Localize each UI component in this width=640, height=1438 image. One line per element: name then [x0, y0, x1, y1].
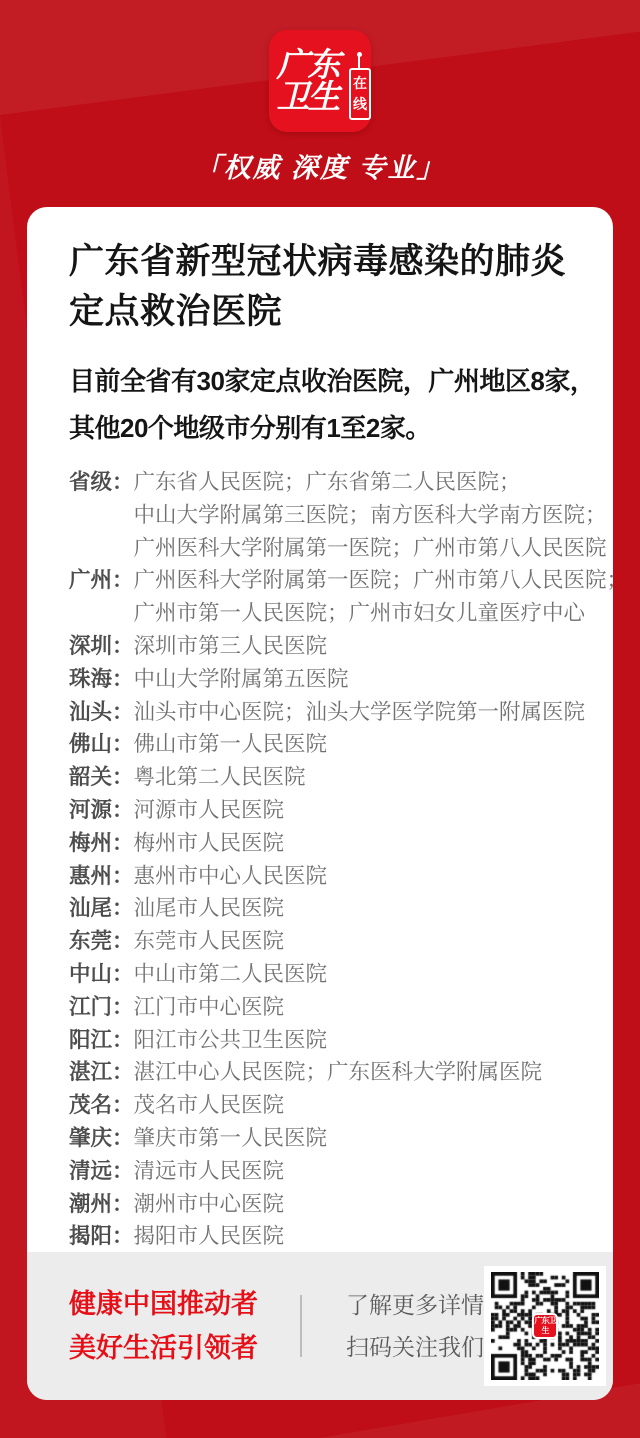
hospital-line: 东莞市人民医院	[134, 925, 587, 958]
footer-slogan: 健康中国推动者 美好生活引领者	[69, 1282, 258, 1370]
city-colon: ：	[112, 892, 134, 925]
hospital-names: 广东省人民医院；广东省第二人民医院；中山大学附属第三医院；南方医科大学南方医院；…	[134, 466, 607, 564]
list-row: 阳江：阳江市公共卫生医院	[69, 1024, 587, 1057]
city-colon: ：	[112, 1188, 134, 1221]
footer-info-line2: 扫码关注我们	[346, 1326, 484, 1368]
list-row: 梅州：梅州市人民医院	[69, 827, 587, 860]
badge-char: 线	[353, 94, 367, 115]
page-subtitle: 目前全省有30家定点收治医院，广州地区8家， 其他20个地级市分别有1至2家。	[69, 358, 587, 452]
list-row: 江门：江门市中心医院	[69, 991, 587, 1024]
list-row: 汕尾：汕尾市人民医院	[69, 892, 587, 925]
hospital-line: 广州医科大学附属第一医院；广州市第八人民医院；	[134, 564, 629, 597]
hospital-line: 惠州市中心人民医院	[134, 860, 587, 893]
hospital-line: 佛山市第一人民医院	[134, 728, 587, 761]
list-row: 东莞：东莞市人民医院	[69, 925, 587, 958]
hospital-names: 深圳市第三人民医院	[134, 630, 587, 663]
hospital-names: 江门市中心医院	[134, 991, 587, 1024]
hospital-line: 肇庆市第一人民医院	[134, 1122, 587, 1155]
brand-logo-badge: 在 线	[349, 68, 371, 120]
city-colon: ：	[112, 1056, 134, 1089]
list-row: 广州：广州医科大学附属第一医院；广州市第八人民医院；广州市第一人民医院；广州市妇…	[69, 564, 587, 630]
hospital-names: 梅州市人民医院	[134, 827, 587, 860]
city-label: 阳江	[69, 1024, 112, 1057]
hospital-names: 粤北第二人民医院	[134, 761, 587, 794]
badge-char: 在	[353, 73, 367, 94]
city-colon: ：	[112, 663, 134, 696]
city-colon: ：	[112, 466, 134, 499]
footer-info-line1: 了解更多详情	[346, 1284, 484, 1326]
hospital-names: 肇庆市第一人民医院	[134, 1122, 587, 1155]
city-label: 湛江	[69, 1056, 112, 1089]
hospital-line: 汕头市中心医院；汕头大学医学院第一附属医院	[134, 696, 587, 729]
city-colon: ：	[112, 1089, 134, 1122]
city-label: 江门	[69, 991, 112, 1024]
hospital-line: 深圳市第三人民医院	[134, 630, 587, 663]
city-colon: ：	[112, 630, 134, 663]
hospital-line: 广州市第一人民医院；广州市妇女儿童医疗中心	[134, 597, 629, 630]
hospital-line: 清远市人民医院	[134, 1155, 587, 1188]
city-colon: ：	[112, 925, 134, 958]
list-row: 汕头：汕头市中心医院；汕头大学医学院第一附属医院	[69, 696, 587, 729]
list-row: 惠州：惠州市中心人民医院	[69, 860, 587, 893]
list-row: 深圳：深圳市第三人民医院	[69, 630, 587, 663]
footer-info: 了解更多详情 扫码关注我们	[346, 1284, 484, 1368]
brand-logo-text: 广东 卫生	[269, 49, 346, 114]
city-label: 肇庆	[69, 1122, 112, 1155]
hospital-names: 揭阳市人民医院	[134, 1220, 587, 1253]
hospital-names: 潮州市中心医院	[134, 1188, 587, 1221]
list-row: 省级：广东省人民医院；广东省第二人民医院；中山大学附属第三医院；南方医科大学南方…	[69, 466, 587, 564]
list-row: 湛江：湛江中心人民医院；广东医科大学附属医院	[69, 1056, 587, 1089]
city-label: 韶关	[69, 761, 112, 794]
list-row: 河源：河源市人民医院	[69, 794, 587, 827]
city-label: 省级	[69, 466, 112, 499]
list-row: 茂名：茂名市人民医院	[69, 1089, 587, 1122]
list-row: 韶关：粤北第二人民医院	[69, 761, 587, 794]
hospital-line: 潮州市中心医院	[134, 1188, 587, 1221]
city-label: 佛山	[69, 728, 112, 761]
city-label: 河源	[69, 794, 112, 827]
city-colon: ：	[112, 991, 134, 1024]
city-colon: ：	[112, 1024, 134, 1057]
city-colon: ：	[112, 794, 134, 827]
hospital-line: 揭阳市人民医院	[134, 1220, 587, 1253]
antenna-icon	[358, 56, 360, 68]
hospital-names: 广州医科大学附属第一医院；广州市第八人民医院；广州市第一人民医院；广州市妇女儿童…	[134, 564, 629, 630]
city-label: 揭阳	[69, 1220, 112, 1253]
city-label: 梅州	[69, 827, 112, 860]
city-colon: ：	[112, 827, 134, 860]
city-colon: ：	[112, 564, 134, 597]
hospital-line: 中山大学附属第五医院	[134, 663, 587, 696]
footer-divider	[300, 1295, 302, 1357]
list-row: 佛山：佛山市第一人民医院	[69, 728, 587, 761]
hospital-line: 汕尾市人民医院	[134, 892, 587, 925]
hospital-names: 汕头市中心医院；汕头大学医学院第一附属医院	[134, 696, 587, 729]
list-row: 珠海：中山大学附属第五医院	[69, 663, 587, 696]
hospital-names: 湛江中心人民医院；广东医科大学附属医院	[134, 1056, 587, 1089]
city-colon: ：	[112, 860, 134, 893]
hospital-line: 湛江中心人民医院；广东医科大学附属医院	[134, 1056, 587, 1089]
brand-tagline: 「权威 深度 专业」	[0, 146, 640, 185]
hospital-line: 中山市第二人民医院	[134, 958, 587, 991]
hospital-names: 东莞市人民医院	[134, 925, 587, 958]
card-content: 广东省新型冠状病毒感染的肺炎 定点救治医院 目前全省有30家定点收治医院，广州地…	[27, 207, 613, 1286]
hospital-names: 中山大学附属第五医院	[134, 663, 587, 696]
footer-slogan-line1: 健康中国推动者	[69, 1282, 258, 1326]
city-colon: ：	[112, 761, 134, 794]
hospital-names: 茂名市人民医院	[134, 1089, 587, 1122]
city-label: 中山	[69, 958, 112, 991]
hospital-names: 中山市第二人民医院	[134, 958, 587, 991]
brand-logo: 广东 卫生 在 线	[269, 30, 371, 132]
hospital-line: 广州医科大学附属第一医院；广州市第八人民医院	[134, 532, 607, 565]
hospital-names: 清远市人民医院	[134, 1155, 587, 1188]
hospital-line: 河源市人民医院	[134, 794, 587, 827]
city-label: 广州	[69, 564, 112, 597]
list-row: 潮州：潮州市中心医院	[69, 1188, 587, 1221]
list-row: 肇庆：肇庆市第一人民医院	[69, 1122, 587, 1155]
city-label: 深圳	[69, 630, 112, 663]
city-colon: ：	[112, 1155, 134, 1188]
hospital-line: 阳江市公共卫生医院	[134, 1024, 587, 1057]
city-label: 东莞	[69, 925, 112, 958]
page-title: 广东省新型冠状病毒感染的肺炎 定点救治医院	[69, 237, 587, 337]
hospital-names: 汕尾市人民医院	[134, 892, 587, 925]
city-colon: ：	[112, 728, 134, 761]
city-colon: ：	[112, 696, 134, 729]
hospital-line: 梅州市人民医院	[134, 827, 587, 860]
brand-logo-text-bottom: 卫生	[277, 78, 339, 115]
hospital-line: 中山大学附属第三医院；南方医科大学南方医院；	[134, 499, 607, 532]
city-colon: ：	[112, 958, 134, 991]
city-label: 潮州	[69, 1188, 112, 1221]
hospital-line: 茂名市人民医院	[134, 1089, 587, 1122]
city-label: 珠海	[69, 663, 112, 696]
list-row: 揭阳：揭阳市人民医院	[69, 1220, 587, 1253]
qr-code: 广东卫生	[484, 1266, 606, 1386]
city-label: 清远	[69, 1155, 112, 1188]
city-label: 汕尾	[69, 892, 112, 925]
hospital-names: 河源市人民医院	[134, 794, 587, 827]
hospital-names: 惠州市中心人民医院	[134, 860, 587, 893]
list-row: 中山：中山市第二人民医院	[69, 958, 587, 991]
card-footer: 健康中国推动者 美好生活引领者 了解更多详情 扫码关注我们 广东卫生	[27, 1252, 613, 1400]
city-colon: ：	[112, 1220, 134, 1253]
city-label: 茂名	[69, 1089, 112, 1122]
hospital-names: 佛山市第一人民医院	[134, 728, 587, 761]
brand-logo-badge-wrap: 在 线	[349, 68, 371, 120]
city-label: 汕头	[69, 696, 112, 729]
hospital-line: 粤北第二人民医院	[134, 761, 587, 794]
qr-center-logo-icon: 广东卫生	[532, 1313, 558, 1339]
page-subtitle-line1: 目前全省有30家定点收治医院，广州地区8家，	[69, 358, 587, 405]
page-subtitle-line2: 其他20个地级市分别有1至2家。	[69, 405, 587, 452]
page-title-line1: 广东省新型冠状病毒感染的肺炎	[69, 237, 587, 287]
city-colon: ：	[112, 1122, 134, 1155]
content-card: 广东省新型冠状病毒感染的肺炎 定点救治医院 目前全省有30家定点收治医院，广州地…	[27, 207, 613, 1400]
hospital-line: 江门市中心医院	[134, 991, 587, 1024]
hospital-list: 省级：广东省人民医院；广东省第二人民医院；中山大学附属第三医院；南方医科大学南方…	[69, 466, 587, 1286]
hospital-line: 广东省人民医院；广东省第二人民医院；	[134, 466, 607, 499]
page-title-line2: 定点救治医院	[69, 287, 587, 337]
hospital-names: 阳江市公共卫生医院	[134, 1024, 587, 1057]
footer-slogan-line2: 美好生活引领者	[69, 1326, 258, 1370]
city-label: 惠州	[69, 860, 112, 893]
list-row: 清远：清远市人民医院	[69, 1155, 587, 1188]
